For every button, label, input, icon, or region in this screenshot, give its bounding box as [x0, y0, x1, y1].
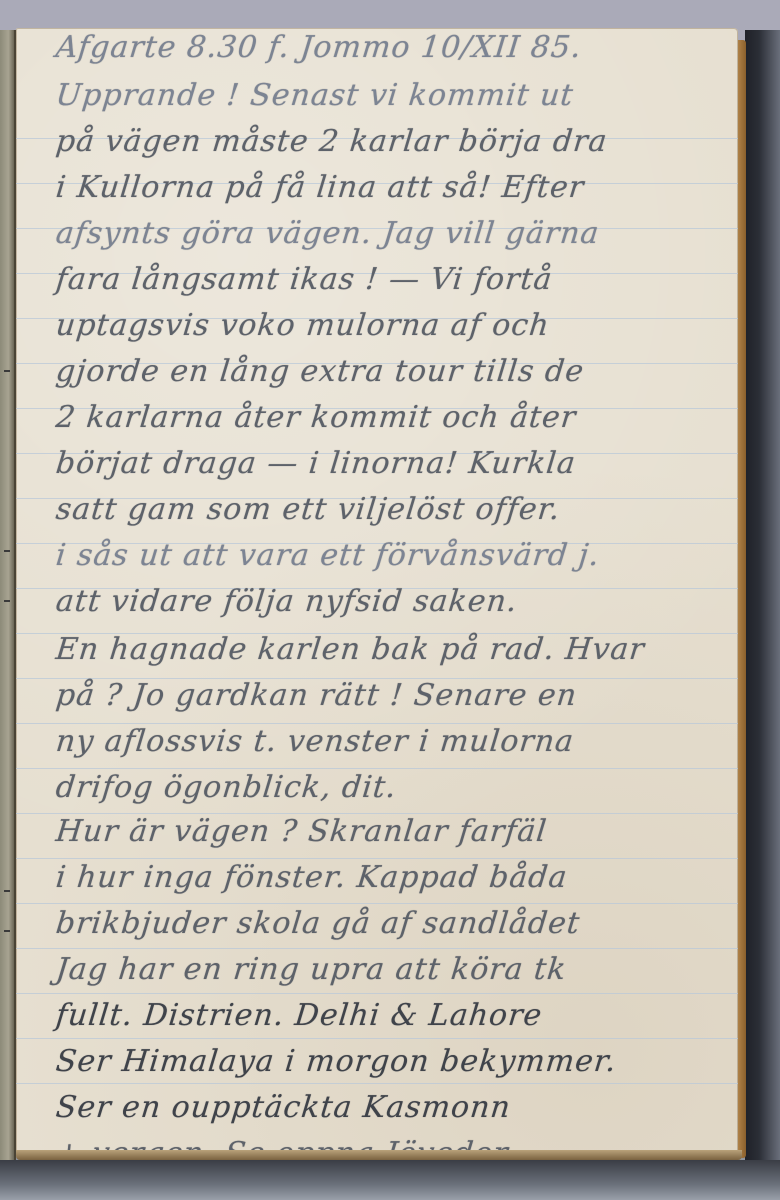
handwritten-line: gjorde en lång extra tour tills de [54, 354, 720, 389]
handwritten-line: brikbjuder skola gå af sandlådet [54, 906, 720, 941]
handwritten-line: i sås ut att vara ett förvånsvärd j. [54, 538, 720, 573]
handwritten-line: Ser Himalaya i morgon bekymmer. [54, 1044, 720, 1079]
handwritten-line: Jag har en ring upra att köra tk [54, 952, 720, 987]
book-bottom-edge [16, 1150, 742, 1160]
handwritten-line: satt gam som ett viljelöst offer. [54, 492, 720, 527]
handwritten-line: ny aflossvis t. venster i mulorna [54, 724, 720, 759]
table-shadow-right [745, 30, 780, 1160]
handwritten-line: fullt. Distrien. Delhi & Lahore [54, 998, 720, 1033]
handwritten-line: Hur är vägen ? Skranlar farfäl [54, 814, 720, 849]
handwritten-line: Afgarte 8.30 f. Jommo 10/XII 85. [54, 30, 720, 65]
handwritten-line: att vidare följa nyfsid saken. [54, 584, 720, 619]
handwritten-line: i hur inga fönster. Kappad båda [54, 860, 720, 895]
handwritten-line: fara långsamt ikas ! — Vi fortå [54, 262, 720, 297]
handwritten-line: Upprande ! Senast vi kommit ut [54, 78, 720, 113]
handwritten-line: Ser en oupptäckta Kasmonn [54, 1090, 720, 1125]
handwritten-line: på ? Jo gardkan rätt ! Senare en [54, 678, 720, 713]
handwritten-line: i Kullorna på få lina att så! Efter [54, 170, 720, 205]
handwritten-line: på vägen måste 2 karlar börja dra [54, 124, 720, 159]
handwritten-line: drifog ögonblick, dit. [54, 770, 720, 805]
handwritten-line: En hagnade karlen bak på rad. Hvar [54, 632, 720, 667]
notebook-page: Afgarte 8.30 f. Jommo 10/XII 85. Upprand… [16, 28, 738, 1158]
handwritten-line: 2 karlarna åter kommit och åter [54, 400, 720, 435]
handwritten-line: afsynts göra vägen. Jag vill gärna [54, 216, 720, 251]
handwritten-line: uptagsvis voko mulorna af och [54, 308, 720, 343]
table-shadow-bottom [0, 1160, 780, 1200]
facing-page-edge [0, 30, 16, 1160]
handwritten-line: börjat draga — i linorna! Kurkla [54, 446, 720, 481]
